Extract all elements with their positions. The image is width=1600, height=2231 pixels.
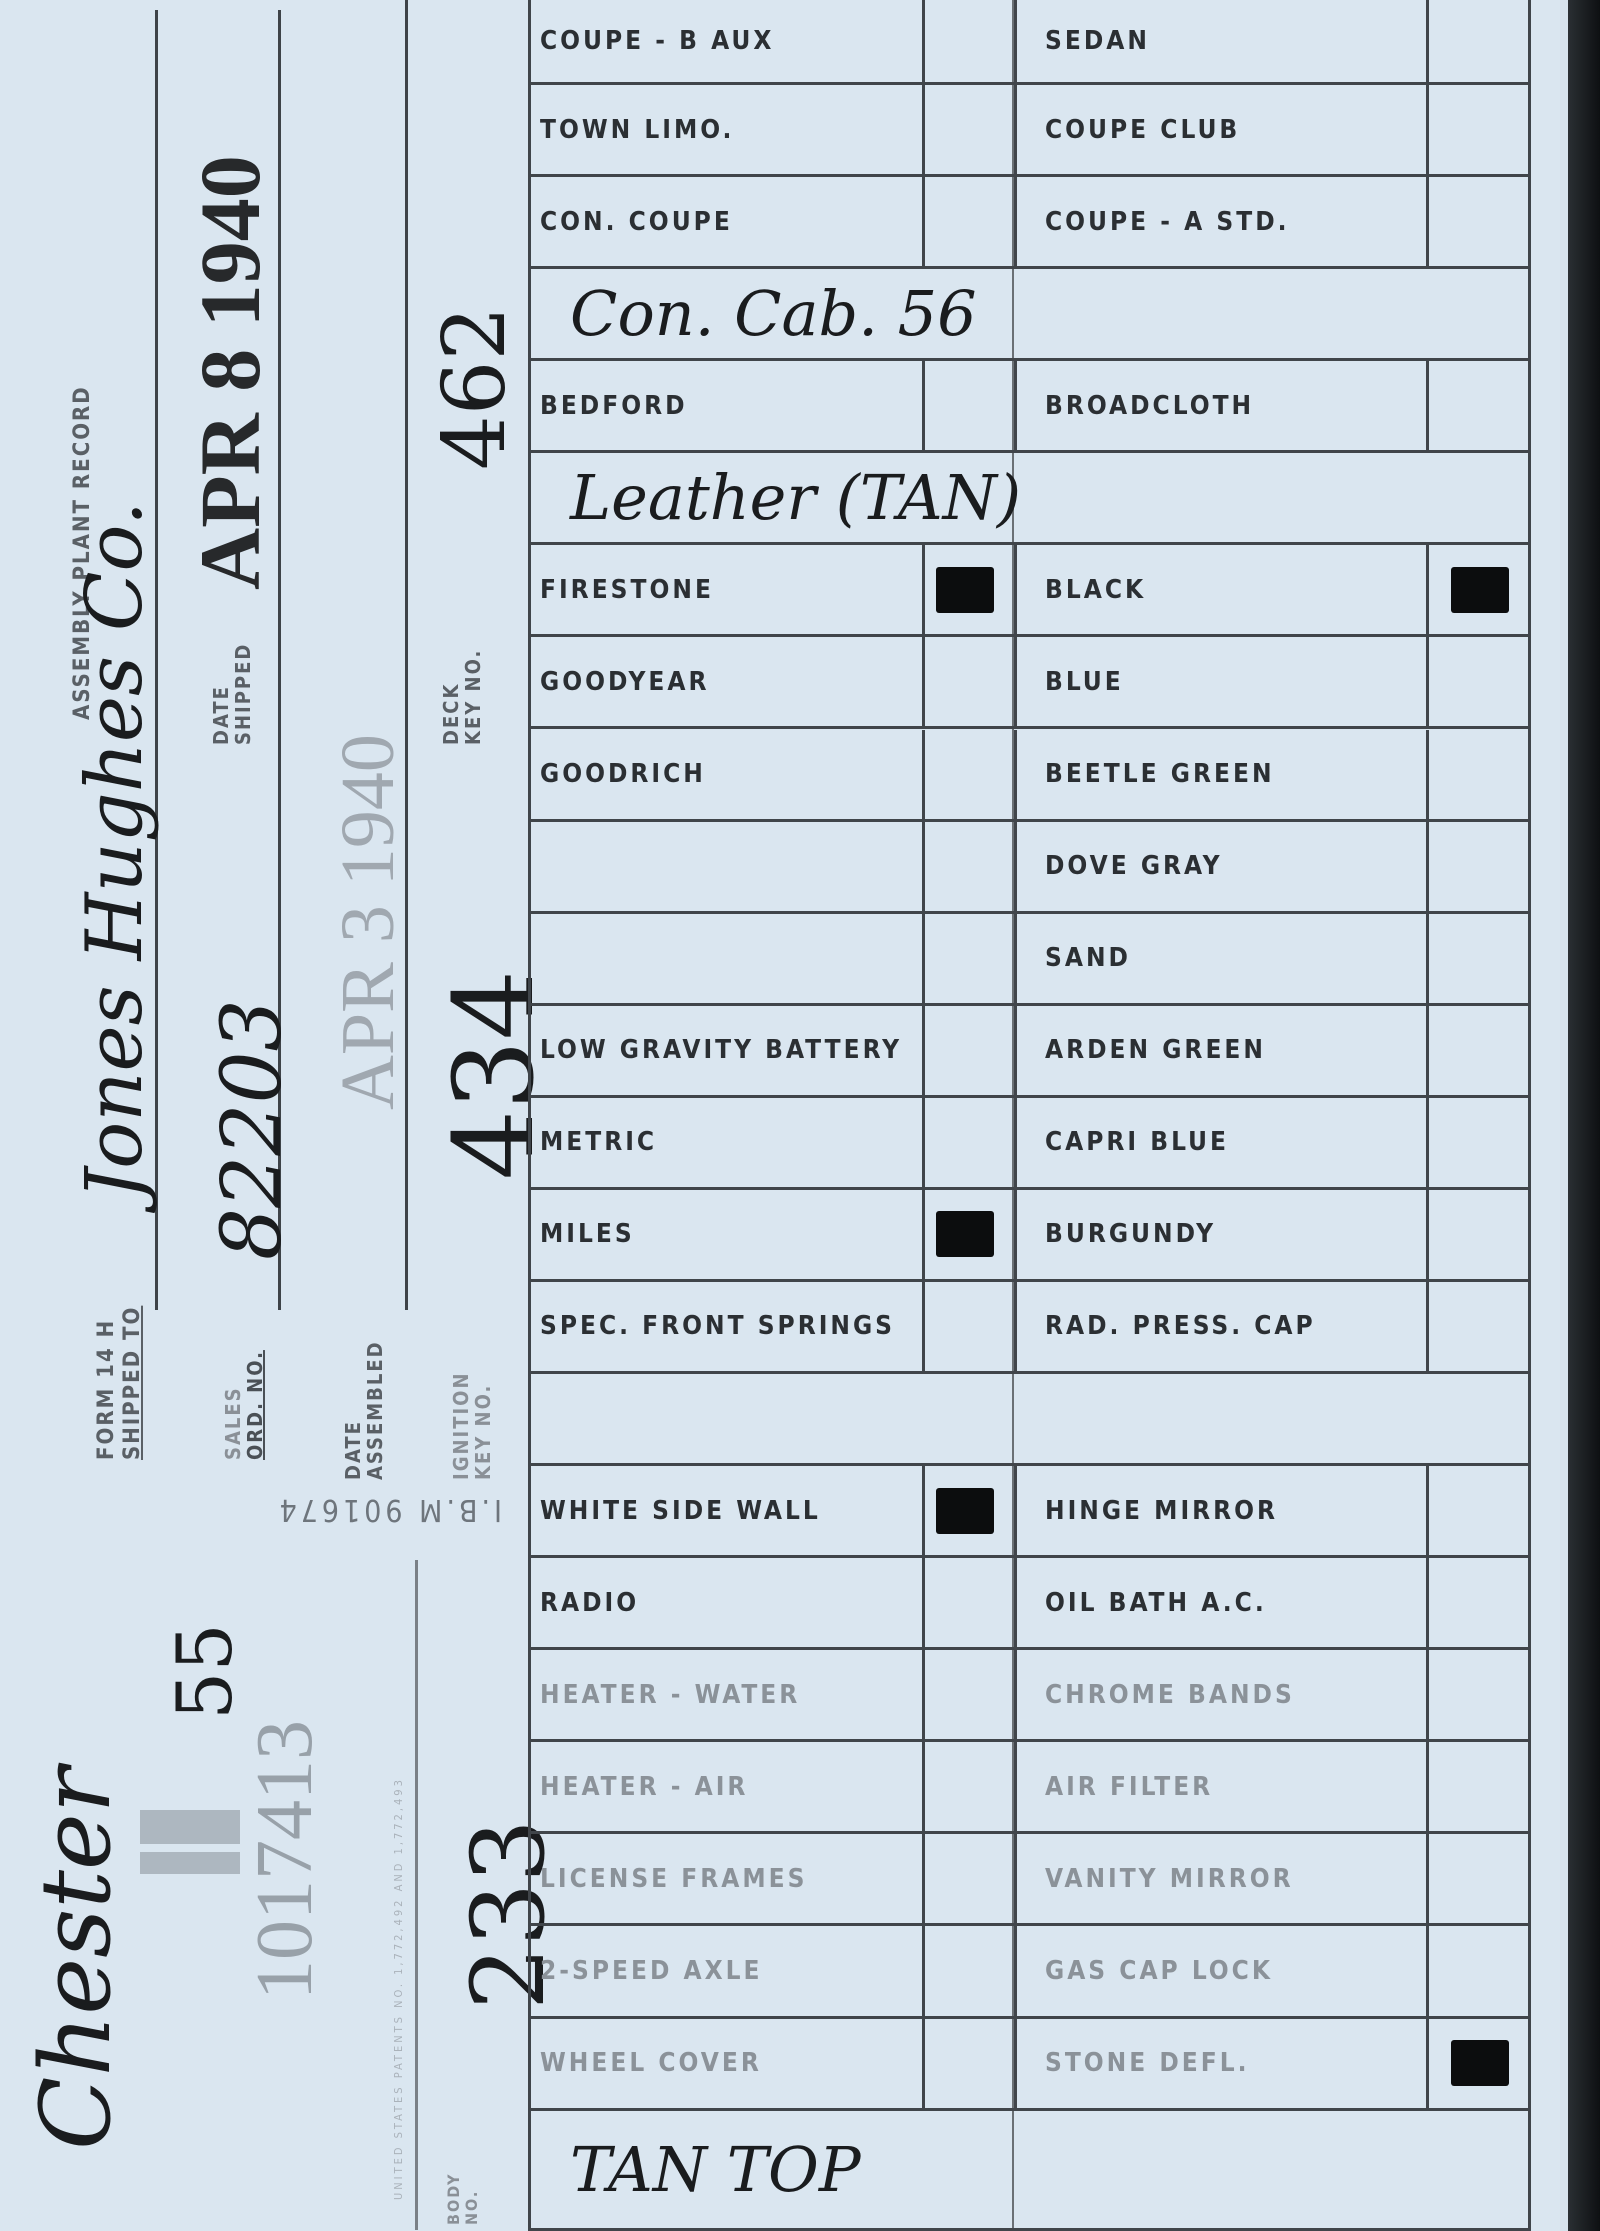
checkbox-right[interactable]: [1426, 637, 1530, 726]
checkbox-right[interactable]: [1426, 1466, 1530, 1555]
checkbox-left[interactable]: [922, 0, 1004, 82]
checkbox-right[interactable]: [1426, 545, 1530, 634]
option-label-left: FIRESTONE: [540, 545, 920, 634]
checkbox-left[interactable]: [922, 822, 1004, 911]
checkbox-right[interactable]: [1426, 0, 1530, 82]
checkbox-right[interactable]: [1426, 730, 1530, 819]
table-row: Leather (TAN): [530, 453, 1530, 545]
body-no-label: BODY NO.: [445, 2173, 481, 2225]
checkbox-right[interactable]: [1426, 1834, 1530, 1923]
option-label-right: SAND: [1014, 914, 1424, 1003]
checkbox-left[interactable]: [922, 1466, 1004, 1555]
table-row: COUPE - B AUXSEDAN: [530, 0, 1530, 85]
handwritten-name: Chester: [20, 1767, 132, 2150]
checkbox-left[interactable]: [922, 914, 1004, 1003]
option-label-right: GAS CAP LOCK: [1014, 1926, 1424, 2015]
option-label-left: RADIO: [540, 1558, 920, 1647]
handwritten-row-note[interactable]: TAN TOP: [570, 2111, 861, 2228]
option-label-right: BROADCLOTH: [1014, 361, 1424, 450]
date-assembled-label: DATE ASSEMBLED: [342, 1340, 386, 1480]
option-label-left: CON. COUPE: [540, 177, 920, 266]
table-row: BEDFORDBROADCLOTH: [530, 361, 1530, 453]
checkbox-right[interactable]: [1426, 1742, 1530, 1831]
rule-body-no: [415, 1560, 418, 2230]
checkbox-right[interactable]: [1426, 85, 1530, 174]
stamp-bars-2: [140, 1852, 240, 1874]
check-mark-icon: [1451, 2040, 1509, 2086]
checkbox-left[interactable]: [922, 1190, 1004, 1279]
checkbox-left[interactable]: [922, 1742, 1004, 1831]
checkbox-left[interactable]: [922, 1558, 1004, 1647]
option-label-right: BURGUNDY: [1014, 1190, 1424, 1279]
option-label-left: WHITE SIDE WALL: [540, 1466, 920, 1555]
table-row: WHEEL COVERSTONE DEFL.: [530, 2019, 1530, 2111]
assembly-plant-record-card: ASSEMBLY PLANT RECORD FORM 14 H SHIPPED …: [0, 0, 1560, 2231]
option-label-left: GOODRICH: [540, 730, 920, 819]
shipped-to-label: SHIPPED TO: [122, 1306, 144, 1460]
checkbox-left[interactable]: [922, 1834, 1004, 1923]
option-label-left: BEDFORD: [540, 361, 920, 450]
handwritten-row-note[interactable]: Con. Cab. 56: [570, 269, 977, 358]
option-label-right: BLUE: [1014, 637, 1424, 726]
option-label-left: HEATER - AIR: [540, 1742, 920, 1831]
check-mark-icon: [936, 1211, 994, 1257]
option-label-left: COUPE - B AUX: [540, 0, 920, 82]
table-row: SAND: [530, 914, 1530, 1006]
deck-key-value[interactable]: 462: [425, 306, 525, 470]
table-row: FIRESTONEBLACK: [530, 545, 1530, 637]
checkbox-right[interactable]: [1426, 1926, 1530, 2015]
table-row: GOODRICHBEETLE GREEN: [530, 730, 1530, 822]
check-mark-icon: [936, 567, 994, 613]
table-row: RADIOOIL BATH A.C.: [530, 1558, 1530, 1650]
handwritten-number: 55: [160, 1623, 249, 1720]
option-label-left: LICENSE FRAMES: [540, 1834, 920, 1923]
checkbox-left[interactable]: [922, 177, 1004, 266]
check-mark-icon: [1451, 567, 1509, 613]
option-label-left: 2-SPEED AXLE: [540, 1926, 920, 2015]
checkbox-left[interactable]: [922, 1926, 1004, 2015]
option-label-right: DOVE GRAY: [1014, 822, 1424, 911]
shipped-to-value[interactable]: Jones Hughes Co.: [70, 501, 160, 1200]
checkbox-right[interactable]: [1426, 1190, 1530, 1279]
date-assembled-value[interactable]: APR 3 1940: [325, 734, 412, 1110]
table-row: HEATER - WATERCHROME BANDS: [530, 1650, 1530, 1742]
option-label-right: ARDEN GREEN: [1014, 1006, 1424, 1095]
option-label-right: HINGE MIRROR: [1014, 1466, 1424, 1555]
checkbox-right[interactable]: [1426, 1650, 1530, 1739]
option-label-right: BEETLE GREEN: [1014, 730, 1424, 819]
sales-order-label: SALES ORD. NO.: [222, 1350, 266, 1460]
serial-stamp: 1017413: [240, 1720, 331, 2000]
checkbox-left[interactable]: [922, 85, 1004, 174]
option-label-left: SPEC. FRONT SPRINGS: [540, 1282, 920, 1371]
option-label-left: WHEEL COVER: [540, 2019, 920, 2108]
table-row: LOW GRAVITY BATTERYARDEN GREEN: [530, 1006, 1530, 1098]
option-label-left: TOWN LIMO.: [540, 85, 920, 174]
table-row: HEATER - AIRAIR FILTER: [530, 1742, 1530, 1834]
option-label-left: [540, 822, 920, 911]
table-row: MILESBURGUNDY: [530, 1190, 1530, 1282]
table-row: DOVE GRAY: [530, 822, 1530, 914]
patent-text: UNITED STATES PATENTS NO. 1,772,492 AND …: [392, 1777, 405, 2200]
stamp-bars: [140, 1810, 240, 1844]
table-row: TOWN LIMO.COUPE CLUB: [530, 85, 1530, 177]
checkbox-left[interactable]: [922, 1282, 1004, 1371]
rule-date-assembled: [405, 0, 408, 1310]
table-row: TAN TOP: [530, 2111, 1530, 2231]
sales-order-value[interactable]: 82203: [205, 999, 300, 1260]
checkbox-right[interactable]: [1426, 2019, 1530, 2108]
handwritten-row-note[interactable]: Leather (TAN): [570, 453, 1021, 542]
option-label-right: COUPE CLUB: [1014, 85, 1424, 174]
options-table: COUPE - B AUXSEDANTOWN LIMO.COUPE CLUBCO…: [530, 0, 1530, 2231]
checkbox-left[interactable]: [922, 1006, 1004, 1095]
option-label-left: MILES: [540, 1190, 920, 1279]
photo-edge-shadow: [1568, 0, 1600, 2231]
checkbox-right[interactable]: [1426, 914, 1530, 1003]
table-row: GOODYEARBLUE: [530, 637, 1530, 729]
checkbox-left[interactable]: [922, 545, 1004, 634]
checkbox-right[interactable]: [1426, 1098, 1530, 1187]
option-label-right: VANITY MIRROR: [1014, 1834, 1424, 1923]
option-label-left: METRIC: [540, 1098, 920, 1187]
date-shipped-value[interactable]: APR 8 1940: [180, 155, 280, 590]
checkbox-right[interactable]: [1426, 1006, 1530, 1095]
table-row: 2-SPEED AXLEGAS CAP LOCK: [530, 1926, 1530, 2018]
option-label-right: SEDAN: [1014, 0, 1424, 82]
checkbox-left[interactable]: [922, 2019, 1004, 2108]
option-label-left: GOODYEAR: [540, 637, 920, 726]
option-label-right: RAD. PRESS. CAP: [1014, 1282, 1424, 1371]
option-label-right: BLACK: [1014, 545, 1424, 634]
checkbox-right[interactable]: [1426, 1558, 1530, 1647]
table-row: [530, 1374, 1530, 1466]
checkbox-left[interactable]: [922, 1098, 1004, 1187]
table-row: METRICCAPRI BLUE: [530, 1098, 1530, 1190]
ibm-number: I.B.M 901674: [212, 1480, 502, 1540]
deck-key-label: DECK KEY NO.: [440, 649, 484, 745]
form-number: FORM 14 H: [96, 1319, 118, 1460]
checkbox-right[interactable]: [1426, 177, 1530, 266]
table-row: LICENSE FRAMESVANITY MIRROR: [530, 1834, 1530, 1926]
option-label-left: [540, 914, 920, 1003]
checkbox-left[interactable]: [922, 1650, 1004, 1739]
option-label-right: COUPE - A STD.: [1014, 177, 1424, 266]
option-label-right: CAPRI BLUE: [1014, 1098, 1424, 1187]
checkbox-right[interactable]: [1426, 361, 1530, 450]
option-label-left: LOW GRAVITY BATTERY: [540, 1006, 920, 1095]
option-label-right: CHROME BANDS: [1014, 1650, 1424, 1739]
check-mark-icon: [936, 1488, 994, 1534]
checkbox-left[interactable]: [922, 637, 1004, 726]
ignition-key-label: IGNITION KEY NO.: [450, 1371, 494, 1480]
date-shipped-label: DATE SHIPPED: [210, 643, 254, 745]
form-number-text: FORM 14 H: [94, 1319, 119, 1460]
option-label-right: OIL BATH A.C.: [1014, 1558, 1424, 1647]
checkbox-left[interactable]: [922, 361, 1004, 450]
checkbox-right[interactable]: [1426, 822, 1530, 911]
checkbox-right[interactable]: [1426, 1282, 1530, 1371]
option-label-right: AIR FILTER: [1014, 1742, 1424, 1831]
option-label-left: HEATER - WATER: [540, 1650, 920, 1739]
checkbox-left[interactable]: [922, 730, 1004, 819]
table-row: CON. COUPECOUPE - A STD.: [530, 177, 1530, 269]
table-row: SPEC. FRONT SPRINGSRAD. PRESS. CAP: [530, 1282, 1530, 1374]
option-label-right: STONE DEFL.: [1014, 2019, 1424, 2108]
table-row: WHITE SIDE WALLHINGE MIRROR: [530, 1466, 1530, 1558]
table-row: Con. Cab. 56: [530, 269, 1530, 361]
